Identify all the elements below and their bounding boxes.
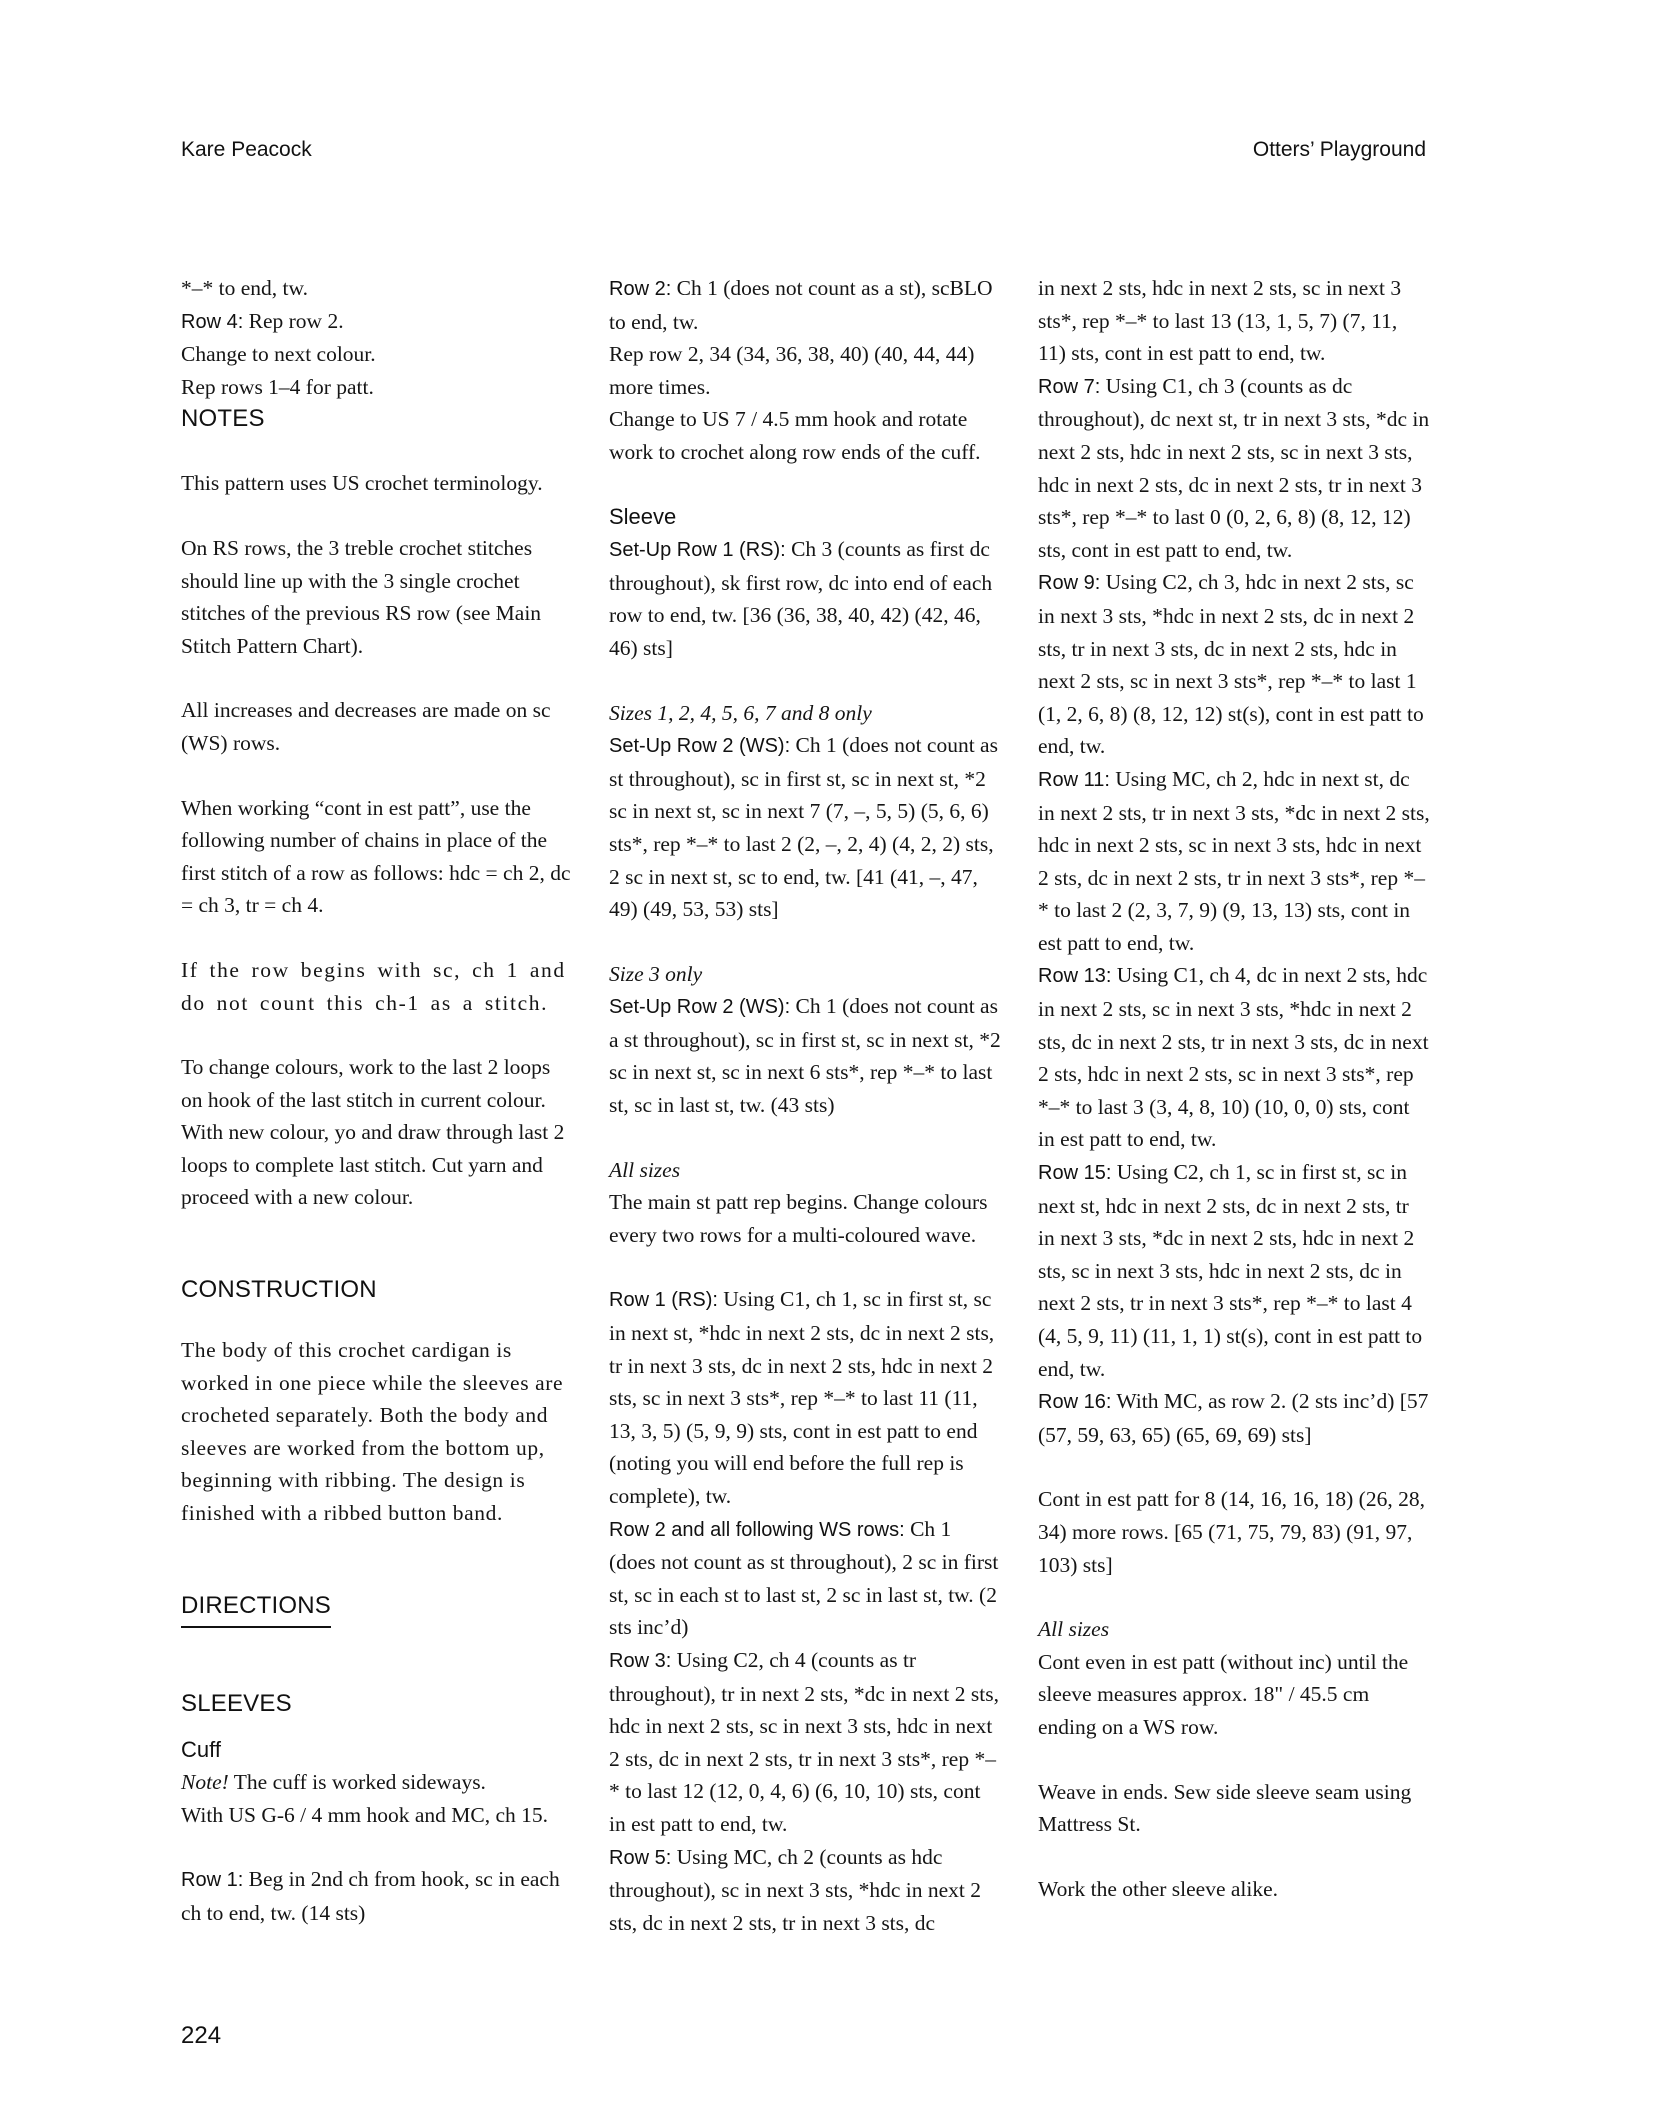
sizes-label: All sizes <box>1038 1613 1430 1646</box>
setup-row-2-sizes: Set-Up Row 2 (WS): Ch 1 (does not count … <box>609 729 1001 926</box>
cuff-note: Note! The cuff is worked sideways. <box>181 1766 573 1799</box>
construction-heading: CONSTRUCTION <box>181 1274 573 1306</box>
sizes-label: All sizes <box>609 1154 1001 1187</box>
paragraph: Cont even in est patt (without inc) unti… <box>1038 1646 1430 1744</box>
note-paragraph: All increases and decreases are made on … <box>181 694 573 759</box>
row-13: Row 13: Using C1, ch 4, dc in next 2 sts… <box>1038 959 1430 1156</box>
paragraph: Change to US 7 / 4.5 mm hook and rotate … <box>609 403 1001 468</box>
paragraph: Weave in ends. Sew side sleeve seam usin… <box>1038 1776 1430 1841</box>
column-1: *–* to end, tw. Row 4: Rep row 2. Change… <box>181 272 573 1930</box>
row-4-instruction: Row 4: Rep row 2. <box>181 305 573 339</box>
row-label: Row 1: <box>181 1869 243 1891</box>
directions-heading: DIRECTIONS <box>181 1590 331 1628</box>
sizes-label: Sizes 1, 2, 4, 5, 6, 7 and 8 only <box>609 697 1001 730</box>
page-number: 224 <box>181 2022 221 2050</box>
paragraph: Cont in est patt for 8 (14, 16, 16, 18) … <box>1038 1483 1430 1581</box>
note-paragraph: If the row begins with sc, ch 1 and do n… <box>181 954 573 1019</box>
paragraph: Rep rows 1–4 for patt. <box>181 371 573 404</box>
row-11: Row 11: Using MC, ch 2, hdc in next st, … <box>1038 763 1430 960</box>
sizes-label: Size 3 only <box>609 958 1001 991</box>
cuff-heading: Cuff <box>181 1734 573 1767</box>
row-3: Row 3: Using C2, ch 4 (counts as tr thro… <box>609 1644 1001 1841</box>
row-16: Row 16: With MC, as row 2. (2 sts inc’d)… <box>1038 1385 1430 1451</box>
row-5: Row 5: Using MC, ch 2 (counts as hdc thr… <box>609 1841 1001 1940</box>
row-1-instruction: Row 1: Beg in 2nd ch from hook, sc in ea… <box>181 1863 573 1929</box>
notes-heading: NOTES <box>181 403 573 435</box>
row-2-ws: Row 2 and all following WS rows: Ch 1 (d… <box>609 1513 1001 1644</box>
running-head-title: Otters’ Playground <box>1253 138 1426 162</box>
note-paragraph: This pattern uses US crochet terminology… <box>181 467 573 500</box>
paragraph: Rep row 2, 34 (34, 36, 38, 40) (40, 44, … <box>609 338 1001 403</box>
setup-row-2-size-3: Set-Up Row 2 (WS): Ch 1 (does not count … <box>609 990 1001 1121</box>
paragraph: Work the other sleeve alike. <box>1038 1873 1430 1906</box>
note-paragraph: To change colours, work to the last 2 lo… <box>181 1051 573 1214</box>
sleeve-heading: Sleeve <box>609 501 1001 534</box>
note-paragraph: On RS rows, the 3 treble crochet stitche… <box>181 532 573 662</box>
construction-paragraph: The body of this crochet cardigan is wor… <box>181 1334 573 1530</box>
row-9: Row 9: Using C2, ch 3, hdc in next 2 sts… <box>1038 566 1430 763</box>
column-3: in next 2 sts, hdc in next 2 sts, sc in … <box>1038 272 1430 1905</box>
row-15: Row 15: Using C2, ch 1, sc in first st, … <box>1038 1156 1430 1385</box>
paragraph: in next 2 sts, hdc in next 2 sts, sc in … <box>1038 272 1430 370</box>
column-2: Row 2: Ch 1 (does not count as a st), sc… <box>609 272 1001 1939</box>
paragraph: With US G-6 / 4 mm hook and MC, ch 15. <box>181 1799 573 1832</box>
row-2-instruction: Row 2: Ch 1 (does not count as a st), sc… <box>609 272 1001 338</box>
row-1-rs: Row 1 (RS): Using C1, ch 1, sc in first … <box>609 1283 1001 1512</box>
running-head-author: Kare Peacock <box>181 138 312 162</box>
paragraph: *–* to end, tw. <box>181 272 573 305</box>
paragraph: Change to next colour. <box>181 338 573 371</box>
row-label: Row 4: <box>181 311 243 333</box>
row-7: Row 7: Using C1, ch 3 (counts as dc thro… <box>1038 370 1430 567</box>
note-paragraph: When working “cont in est patt”, use the… <box>181 792 573 922</box>
sleeves-heading: SLEEVES <box>181 1688 573 1720</box>
paragraph: The main st patt rep begins. Change colo… <box>609 1186 1001 1251</box>
setup-row-1: Set-Up Row 1 (RS): Ch 3 (counts as first… <box>609 533 1001 664</box>
